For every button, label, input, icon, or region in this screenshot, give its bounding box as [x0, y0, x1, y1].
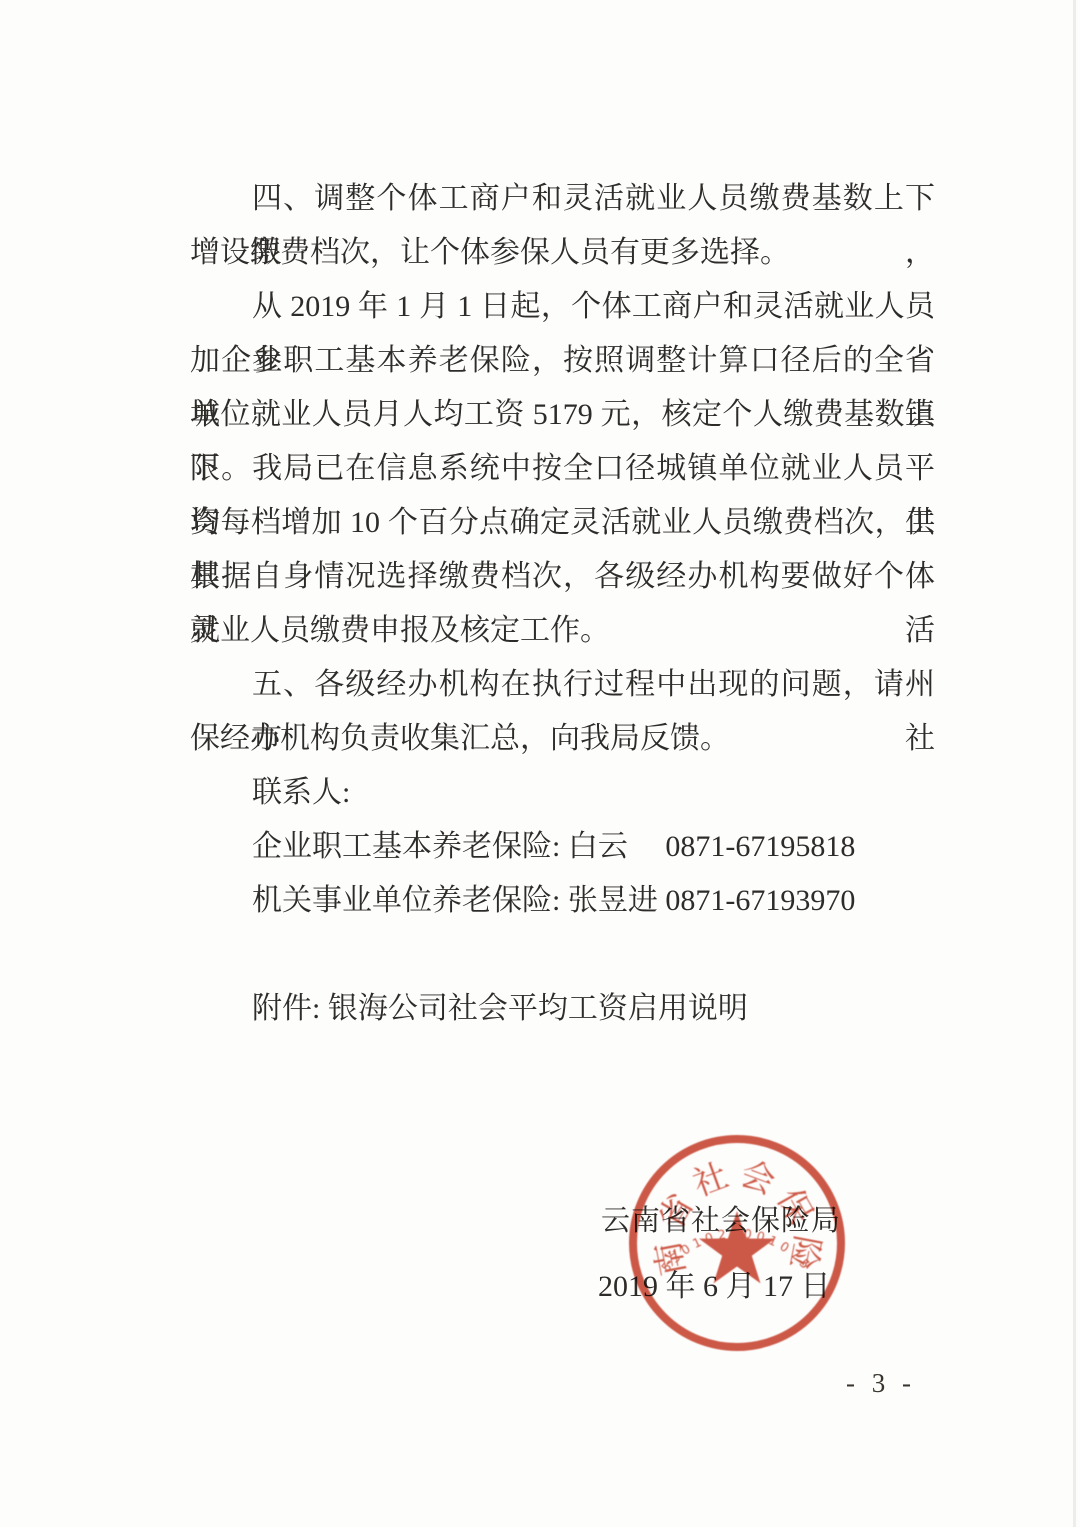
- signature-org: 云南省社会保险局: [598, 1198, 841, 1239]
- text-line: 五、各级经办机构在执行过程中出现的问题，请州市社: [190, 658, 935, 712]
- page-number: - 3 -: [846, 1368, 916, 1399]
- text-line: 根据自身情况选择缴费档次，各级经办机构要做好个体灵活: [190, 550, 935, 604]
- scan-edge-line: [1073, 0, 1076, 1527]
- text-line: 机关事业单位养老保险: 张昱进 0871-67193970: [190, 874, 935, 928]
- document-page: 四、调整个体工商户和灵活就业人员缴费基数上下限，增设缴费档次，让个体参保人员有更…: [0, 0, 1080, 1527]
- text-line: 四、调整个体工商户和灵活就业人员缴费基数上下限，: [190, 172, 935, 226]
- text-line: 联系人:: [190, 766, 935, 820]
- text-line: 资每档增加 10 个百分点确定灵活就业人员缴费档次，供其: [190, 496, 935, 550]
- text-line: 企业职工基本养老保险: 白云 0871-67195818: [190, 820, 935, 874]
- body-text: 四、调整个体工商户和灵活就业人员缴费基数上下限，增设缴费档次，让个体参保人员有更…: [190, 172, 935, 1036]
- signature-block: 云南省社会保险局 2019 年 6 月 17 日: [598, 1198, 841, 1305]
- attachment-line: 附件: 银海公司社会平均工资启用说明: [190, 982, 935, 1036]
- text-line: 单位就业人员月人均工资 5179 元，核定个人缴费基数上下: [190, 388, 935, 442]
- text-line: 从 2019 年 1 月 1 日起，个体工商户和灵活就业人员参: [190, 280, 935, 334]
- text-line: 加企业职工基本养老保险，按照调整计算口径后的全省城镇: [190, 334, 935, 388]
- text-line: 限。我局已在信息系统中按全口径城镇单位就业人员平均工: [190, 442, 935, 496]
- signature-date: 2019 年 6 月 17 日: [598, 1261, 841, 1305]
